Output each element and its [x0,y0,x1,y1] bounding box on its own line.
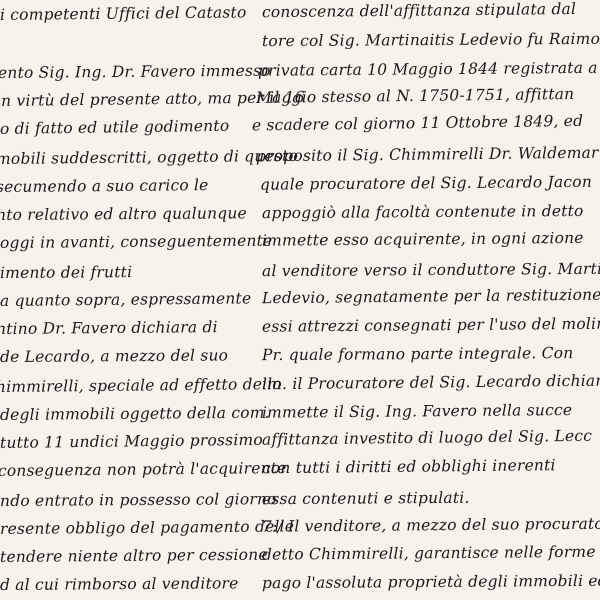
line-text-left: o di fatto ed utile godimento [0,117,229,138]
manuscript-line: tore col Sig. Martinaitis Ledevio fu Rai… [0,30,600,58]
line-text-left: tendere niente altro per cessione [0,546,268,566]
line-text-left: ntino Dr. Favero dichiara di [0,318,218,338]
manuscript-line: oggi in avanti, conseguentementeimmette … [0,229,600,258]
line-text-right: 7:/ Il venditore, a mezzo del suo procur… [262,515,600,536]
line-text-right: Ledevio, segnatamente per la restituzion… [262,286,600,308]
line-text-right: al venditore verso il conduttore Sig. Ma… [262,260,600,280]
line-text-right: conoscenza dell'affittanza stipulata dal [262,0,576,21]
manuscript-line: himmirelli, speciale ad effetto delloim.… [0,372,600,402]
line-text-left: de Lecardo, a mezzo del suo [0,346,228,366]
line-text-left: i competenti Uffici del Catasto [0,3,247,24]
line-text-left: ento Sig. Ing. Dr. Favero immesso [0,62,271,82]
line-text-left: mobili suddescritti, oggetto di questo [0,147,298,168]
line-text-right: appoggiò alla facoltà contenute in detto [262,202,584,222]
manuscript-line: degli immobili oggetto della com.immette… [0,401,600,430]
manuscript-line: o di fatto ed utile godimentoe scadere c… [0,112,600,144]
line-text-right: immette il Sig. Ing. Favero nella succe [262,401,572,422]
line-text-left: nto relativo ed altro qualunque [0,204,247,224]
line-text-left: d al cui rimborso al venditore [0,574,239,594]
line-text-left: conseguenza non potrà l'acquirente [0,459,287,480]
line-text-right: quale procuratore del Sig. Lecardo Jacon [260,173,592,194]
line-text-right: con tutti i diritti ed obblighi inerenti [262,456,556,477]
line-text-right: e scadere col giorno 11 Ottobre 1849, ed [252,112,584,135]
manuscript-line: secumendo a suo carico lequale procurato… [0,173,600,202]
line-text-right: pago l'assoluta proprietà degli immobili… [262,572,600,592]
line-text-left: degli immobili oggetto della com. [0,404,270,424]
manuscript-line: ndo entrato in possesso col giornoessa c… [0,488,600,516]
manuscript-line: d al cui rimborso al venditorepago l'ass… [0,572,600,600]
line-text-right: Maggio stesso al N. 1750-1751, affittan [256,85,575,107]
line-text-right: Pr. quale formano parte integrale. Con [262,344,574,364]
manuscript-line: mobili suddescritti, oggetto di questopr… [0,144,600,174]
manuscript-line: tutto 11 undici Maggio prossimoaffittanz… [0,427,600,458]
manuscript-line: imento dei fruttial venditore verso il c… [0,260,600,288]
manuscript-line: in virtù del presente atto, ma per il 16… [0,85,600,116]
line-text-left: tutto 11 undici Maggio prossimo [0,431,263,452]
line-text-left: oggi in avanti, conseguentemente [0,232,272,252]
manuscript-line: nto relativo ed altro qualunqueappoggiò … [0,202,600,230]
line-text-right: detto Chimmirelli, garantisce nelle form… [262,543,596,564]
line-text-left: imento dei frutti [0,263,132,282]
line-text-left: ndo entrato in possesso col giorno [0,490,277,510]
line-text-left: resente obbligo del pagamento delle [0,517,294,538]
line-text-right: privata carta 10 Maggio 1844 registrata … [258,59,600,80]
line-text-right: essi attrezzi consegnati per l'uso del m… [262,315,600,336]
manuscript-line: conseguenza non potrà l'acquirentecon tu… [0,456,600,486]
line-text-right: immette esso acquirente, in ogni azione [262,229,584,250]
manuscript-line: ento Sig. Ing. Dr. Favero immessoprivata… [0,59,600,88]
line-text-right: im. il Procuratore del Sig. Lecardo dich… [262,372,600,394]
manuscript-line: i competenti Uffici del Catastoconoscenz… [0,0,600,30]
manuscript-page: i competenti Uffici del Catastoconoscenz… [0,0,600,600]
manuscript-line: tendere niente altro per cessionedetto C… [0,543,600,572]
manuscript-line: ntino Dr. Favero dichiara diessi attrezz… [0,315,600,344]
line-text-left: a quanto sopra, espressamente [0,289,251,310]
manuscript-line: de Lecardo, a mezzo del suoPr. quale for… [0,344,600,372]
line-text-right: essa contenuti e stipulati. [262,489,470,508]
line-text-left: himmirelli, speciale ad effetto dello [0,375,282,396]
line-text-left: secumendo a suo carico le [0,176,209,196]
line-text-right: tore col Sig. Martinaitis Ledevio fu Rai… [262,30,600,51]
line-text-right: affittanza investito di luogo del Sig. L… [262,427,592,449]
manuscript-line: a quanto sopra, espressamenteLedevio, se… [0,286,600,316]
line-text-right: proposito il Sig. Chimmirelli Dr. Waldem… [256,144,599,166]
manuscript-line: resente obbligo del pagamento delle7:/ I… [0,515,600,544]
